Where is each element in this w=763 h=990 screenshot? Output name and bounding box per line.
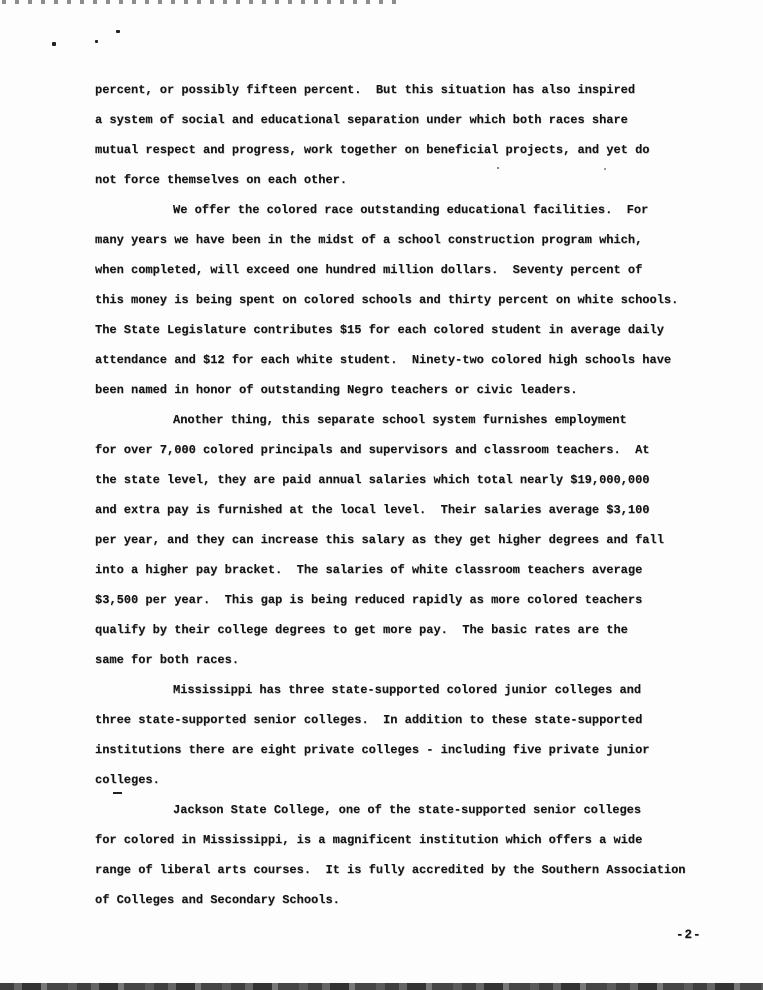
text-line: been named in honor of outstanding Negro… [95,375,755,405]
text-line: three state-supported senior colleges. I… [95,705,755,735]
scan-edge-band [0,983,763,990]
text-line: of Colleges and Secondary Schools. [95,885,755,915]
text-line: Jackson State College, one of the state-… [95,795,755,825]
text-line: not force themselves on each other. [95,165,755,195]
text-line: institutions there are eight private col… [95,735,755,765]
text-line: colleges. [95,765,755,795]
text-line: this money is being spent on colored sch… [95,285,755,315]
ink-speck [52,42,56,46]
text-line: $3,500 per year. This gap is being reduc… [95,585,755,615]
scan-edge-dots [2,0,402,4]
text-line: Another thing, this separate school syst… [95,405,755,435]
text-line: range of liberal arts courses. It is ful… [95,855,755,885]
text-line: for colored in Mississippi, is a magnifi… [95,825,755,855]
text-line: when completed, will exceed one hundred … [95,255,755,285]
text-line: mutual respect and progress, work togeth… [95,135,755,165]
text-line: a system of social and educational separ… [95,105,755,135]
text-line: We offer the colored race outstanding ed… [95,195,755,225]
text-line: for over 7,000 colored principals and su… [95,435,755,465]
text-line: percent, or possibly fifteen percent. Bu… [95,75,755,105]
text-line: attendance and $12 for each white studen… [95,345,755,375]
document-page: percent, or possibly fifteen percent. Bu… [0,0,763,990]
text-line: and extra pay is furnished at the local … [95,495,755,525]
text-line: the state level, they are paid annual sa… [95,465,755,495]
ink-speck [95,40,98,43]
text-line: qualify by their college degrees to get … [95,615,755,645]
text-line: same for both races. [95,645,755,675]
document-body: percent, or possibly fifteen percent. Bu… [95,75,755,915]
text-line: The State Legislature contributes $15 fo… [95,315,755,345]
text-line: many years we have been in the midst of … [95,225,755,255]
page-number: -2- [676,928,702,942]
text-line: Mississippi has three state-supported co… [95,675,755,705]
text-line: per year, and they can increase this sal… [95,525,755,555]
text-line: into a higher pay bracket. The salaries … [95,555,755,585]
ink-speck [116,30,120,33]
